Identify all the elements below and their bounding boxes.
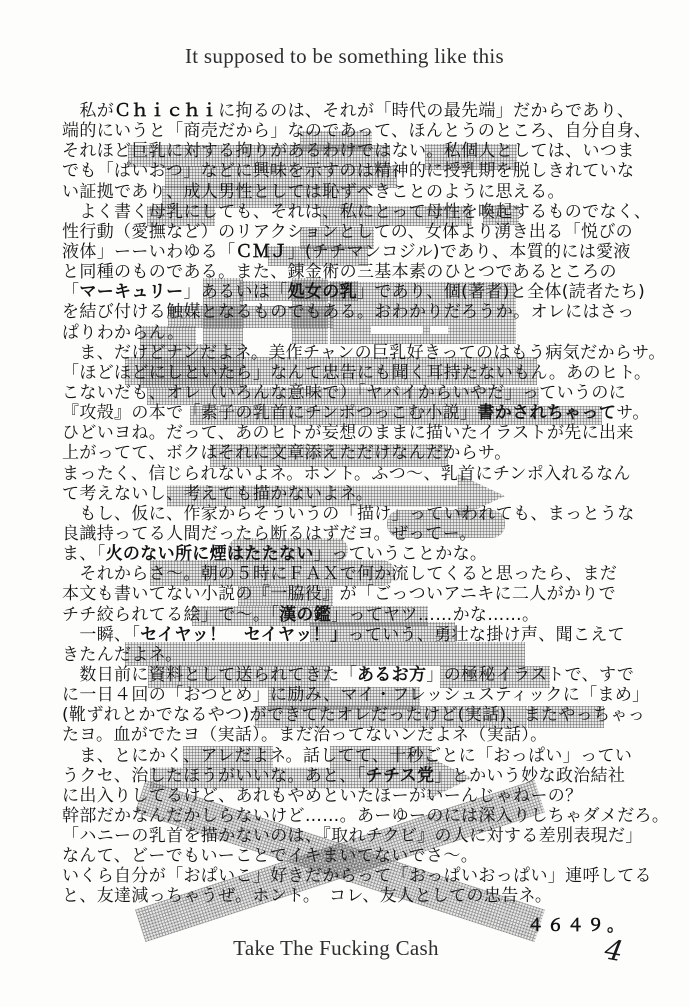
text-line: うクセ、治したほうがいいな。あと、「チチス党」とかいう妙な政治結社: [62, 766, 669, 786]
text-line: て考えないし、考えても描かないよネ。: [62, 484, 669, 504]
text-line: を結び付ける触媒となるものでもある。おわかりだろうか。オレにはさっ: [62, 302, 669, 322]
text-line: なんて、どーでもいーことでイキまいてないでさ～。: [62, 846, 669, 866]
text-line: 「ハニーの乳首を描かないのは、『取れチクビ』の人に対する差別表現だ」: [62, 826, 669, 846]
text-line: たヨ。血がでたヨ（実話）。まだ治ってないンだよネ（実話）。: [62, 725, 669, 745]
footer-code-4649: ４６４９。: [527, 911, 627, 936]
text-line: 数日前に資料として送られてきた「あるお方」の極秘イラストで、すで: [62, 665, 669, 685]
text-line: それからさ～。朝の５時にＦＡＸで何か流してくると思ったら、まだ: [62, 564, 669, 584]
text-line: ま、「火のない所に煙はたたない」っていうことかな。: [62, 544, 669, 564]
text-line: 液体」ーーいわゆる「ＣＭＪ」(チチマンコジル)であり、本質的には愛液: [62, 242, 669, 262]
text-line: (靴ずれとかでなるやつ)ができてたオレだったけど(実話)、またやっちゃっ: [62, 705, 669, 725]
text-line: でも「ぱいおつ」などに興味を示すのは精神的に授乳期を脱しきれていな: [62, 161, 669, 181]
text-line: きたんだよネ。: [62, 645, 669, 665]
text-line: よく書く母乳にしても、それは、私にとって母性を喚起するものでなく、: [62, 202, 669, 222]
text-line: い証拠であり、成人男性としては恥ずべきことのように思える。: [62, 182, 669, 202]
text-line: チチ絞られてる絵」で～。「漢の鑑」ってヤツ……かな……。: [62, 605, 669, 625]
body-text: 私がＣｈｉｃｈｉに拘るのは、それが「時代の最先端」だからであり、端的にいうと「商…: [62, 101, 669, 907]
footer-caption: Take The Fucking Cash: [0, 936, 672, 961]
text-line: 私がＣｈｉｃｈｉに拘るのは、それが「時代の最先端」だからであり、: [62, 101, 669, 121]
text-line: いくら自分が「おぱいこ」好きだからって「おっぱいおっぱい」連呼してる: [62, 866, 669, 886]
text-line: に出入りしてるけど、あれもやめといたほーがいーんじゃねーの？: [62, 786, 669, 806]
text-line: 幹部だかなんだかしらないけど……。あーゆーのには深入りしちゃダメだろ。: [62, 806, 669, 826]
text-line: ま、とにかく、アレだよネ。話してて、十秒ごとに「おっぱい」ってい: [62, 746, 669, 766]
text-line: 「マーキュリー」あるいは「処女の乳」であり、個(著者)と全体(読者たち): [62, 282, 669, 302]
text-line: それほど巨乳に対する拘りがあるわけではない。私個人としては、いつま: [62, 141, 669, 161]
text-line: 本文も書いてない小説の『一脇役』が「ごっついアニキに二人がかりで: [62, 584, 669, 604]
page-header-title: It supposed to be something like this: [0, 44, 689, 69]
text-line: と、友達減っちゃうぜ。ホント。 コレ、友人としての忠告ネ。: [62, 886, 669, 906]
text-line: 性行動（愛撫など）のリアクションとしての、女体より湧き出る「悦びの: [62, 222, 669, 242]
text-line: 一瞬、「セイヤッ！ セイヤッ！」っていう、勇壮な掛け声、聞こえて: [62, 625, 669, 645]
scanned-page: It supposed to be something like this 私が…: [0, 0, 689, 1007]
text-line: ま、だけどナンだよネ。美作チャンの巨乳好きってのはもう病気だからサ。: [62, 343, 669, 363]
text-line: と同種のものである。また、錬金術の三基本素のひとつであるところの: [62, 262, 669, 282]
text-line: 上がってて、ボクはそれに文章添えただけなんだからサ。: [62, 443, 669, 463]
text-line: こないだも、オレ（いろんな意味で）「ヤバイからいやだ」っていうのに: [62, 383, 669, 403]
text-line: 『攻殻』の本で「素子の乳首にチンポつっこむ小説」書かされちゃってサ。: [62, 403, 669, 423]
text-line: ひどいヨね。だって、あのヒトが妄想のままに描いたイラストが先に出来: [62, 423, 669, 443]
text-line: 端的にいうと「商売だから」なのであって、ほんとうのところ、自分自身、: [62, 121, 669, 141]
text-line: 良識持ってる人間だったら断るはずだヨ。ぜってー。: [62, 524, 669, 544]
text-line: ぱりわからん。: [62, 323, 669, 343]
text-line: 「ほどほどにしといたら」なんて忠告にも聞く耳持たないもん。あのヒト。: [62, 363, 669, 383]
text-line: まったく、信じられないよネ。ホント。ふつ～、乳首にチンポ入れるなん: [62, 464, 669, 484]
text-line: もし、仮に、作家からそういうの「描け」っていわれても、まっとうな: [62, 504, 669, 524]
text-line: に一日４回の「おつとめ」に励み、マイ・フレッシュスティックに「まめ」: [62, 685, 669, 705]
